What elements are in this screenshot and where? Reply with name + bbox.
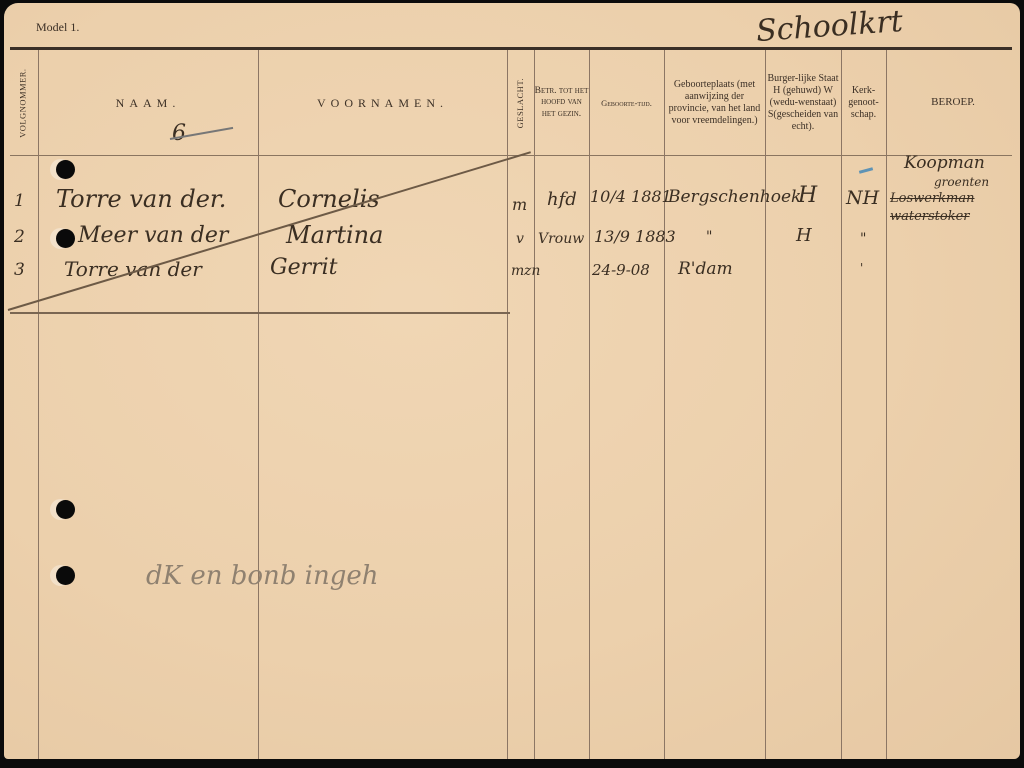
header-betrekking: Betr. tot het hoofd van het gezin.: [534, 53, 589, 153]
row-2-geboorteplaats: ": [706, 229, 712, 245]
row-1-beroep-struck-2: waterstoker: [890, 209, 970, 224]
column-divider: [886, 50, 887, 759]
column-divider: [534, 50, 535, 759]
row-1-naam: Torre van der.: [56, 185, 226, 213]
header-volgnommer: VOLGNOMMER.: [8, 53, 38, 153]
column-divider: [258, 50, 259, 759]
column-divider: [841, 50, 842, 759]
model-label: Model 1.: [36, 20, 79, 35]
row-3-kerkgenootschap: ': [860, 261, 863, 275]
row-2-naam: Meer van der: [78, 223, 228, 248]
row-1-geboortetijd: 10/4 1881: [590, 187, 672, 206]
row-1-beroep-addition: groenten: [934, 175, 989, 189]
column-divider: [38, 50, 39, 759]
header-geslacht: GESLACHT.: [507, 53, 534, 153]
pencil-note: dK en bonb ingeh: [146, 561, 379, 591]
row-1-kerkgenootschap: NH: [846, 187, 879, 209]
header-annotation: 6: [172, 121, 186, 146]
row-1-burgerlijke-staat: H: [798, 183, 817, 208]
row-2-number: 2: [14, 227, 25, 247]
population-register-card: Model 1. Schoolkrt VOLGNOMMER. NAAM. 6 V…: [4, 3, 1020, 759]
row-3-geslacht: m: [511, 263, 524, 279]
row-3-betrekking: zn: [524, 263, 540, 279]
row-2-kerkgenootschap: ": [860, 231, 866, 247]
row-1-voornamen: Cornelis: [278, 185, 380, 213]
header-geboortetijd: Geboorte-tijd.: [589, 53, 664, 153]
header-burgerlijke-staat: Burger-lijke Staat H (gehuwd) W (wedu-we…: [765, 53, 841, 153]
row-1-beroep-struck-1: Loswerkman: [890, 191, 975, 206]
header-beroep: BEROEP.: [886, 53, 1020, 153]
row-1-betrekking: hfd: [547, 189, 577, 210]
row-1-beroep: Koopman: [904, 153, 985, 173]
row-2-geslacht: v: [516, 231, 524, 247]
row-1-geslacht: m: [512, 195, 527, 214]
row-1-geboorteplaats: Bergschenhoek: [668, 187, 801, 207]
column-divider: [664, 50, 665, 759]
top-rule: [10, 47, 1012, 50]
row-3-geboorteplaats: R'dam: [678, 259, 733, 279]
row-2-burgerlijke-staat: H: [796, 225, 812, 246]
header-naam: NAAM.: [38, 53, 258, 153]
header-kerkgenootschap: Kerk-genoot-schap.: [841, 53, 886, 153]
row-3-geboortetijd: 24-9-08: [592, 261, 650, 279]
punch-hole: [56, 566, 75, 585]
row-3-naam: Torre van der: [64, 257, 202, 281]
punch-hole: [56, 229, 75, 248]
row-2-betrekking: Vrouw: [538, 231, 584, 247]
row-3-voornamen: Gerrit: [270, 255, 338, 280]
punch-hole: [56, 500, 75, 519]
punch-hole: [56, 160, 75, 179]
row-2-geboortetijd: 13/9 1883: [594, 227, 676, 246]
column-divider: [589, 50, 590, 759]
header-voornamen: VOORNAMEN.: [258, 53, 507, 153]
blue-mark: [859, 167, 873, 174]
entries-bottom-rule: [10, 312, 510, 314]
row-2-voornamen: Martina: [286, 221, 383, 249]
row-3-number: 3: [14, 260, 25, 280]
header-geboorteplaats: Geboorteplaats (met aanwijzing der provi…: [664, 53, 765, 153]
column-divider: [765, 50, 766, 759]
row-1-number: 1: [14, 191, 25, 211]
handwritten-title: Schoolkrt: [755, 4, 904, 49]
column-divider: [507, 50, 508, 759]
